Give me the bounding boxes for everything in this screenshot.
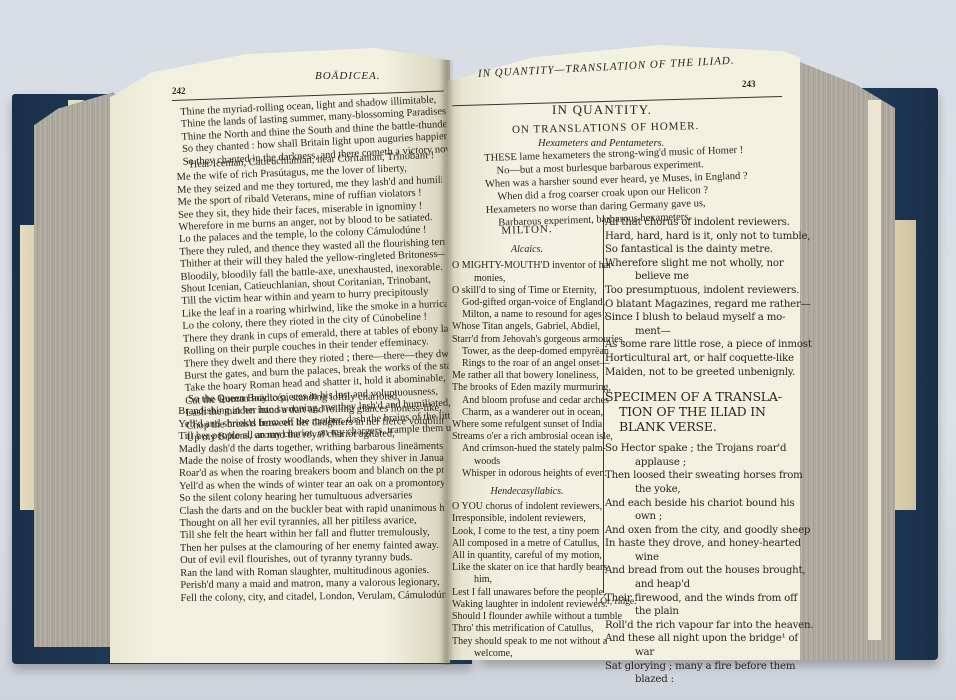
verse-line: Too presumptuous, indolent reviewers.	[605, 284, 790, 298]
verse-line: O YOU chorus of indolent reviewers,	[452, 501, 602, 513]
verse-line: Starr'd from Jehovah's gorgeous armourie…	[452, 334, 602, 346]
verse-line: Tower, as the deep-domed empyrëan	[452, 346, 602, 358]
footnote: ¹ Or, ridge.	[595, 597, 637, 607]
specimen-heading: SPECIMEN OF A TRANSLA-TION OF THE ILIAD …	[605, 389, 790, 434]
verse-line: O skill'd to sing of Time or Eternity,	[452, 285, 602, 297]
verse-line: the plain	[605, 605, 790, 619]
verse-line: blazed :	[605, 673, 790, 687]
hendecasyllabics-verse-b: All that chorus of indolent reviewers.Ha…	[605, 216, 790, 379]
verse-line: the yoke,	[605, 483, 790, 497]
verse-line: And bloom profuse and cedar arches	[452, 395, 602, 407]
verse-line: Charm, as a wanderer out in ocean,	[452, 407, 602, 419]
verse-line: Since I blush to belaud myself a mo-	[605, 311, 790, 325]
verse-line: As some rare little rose, a piece of inm…	[605, 338, 790, 352]
heading-line: BLANK VERSE.	[605, 419, 790, 434]
column-divider	[603, 215, 604, 593]
section-title: IN QUANTITY.	[552, 102, 652, 118]
hendecasyllabics-verse-a: O YOU chorus of indolent reviewers,Irres…	[452, 501, 602, 660]
verse-line: Rings to the roar of an angel onset—	[452, 358, 602, 370]
verse-line: Look, I come to the test, a tiny poem	[452, 526, 602, 538]
verse-line: war	[605, 646, 790, 660]
verse-line: ment—	[605, 325, 790, 339]
verse-line: And each beside his chariot bound his	[605, 497, 790, 511]
verse-line: believe me	[605, 270, 790, 284]
book-photo: BOÄDICEA. 242 Thine the myriad-rolling o…	[0, 0, 956, 700]
verse-line: Wherefore slight me not wholly, nor	[605, 257, 790, 271]
verse-line: woods	[452, 456, 602, 468]
verse-line: Should I flounder awhile without a tumbl…	[452, 611, 602, 623]
right-column: All that chorus of indolent reviewers.Ha…	[605, 216, 790, 687]
page-number: 242	[172, 86, 186, 96]
heading-line: SPECIMEN OF A TRANSLA-	[605, 389, 790, 404]
page-number: 243	[742, 79, 756, 89]
verse-line: Like the skater on ice that hardly bears	[452, 562, 602, 574]
verse-line: The brooks of Eden mazily murmuring,	[452, 382, 602, 394]
verse-line: monies,	[452, 273, 602, 285]
verse-line: Maiden, not to be greeted unbenignly.	[605, 366, 790, 380]
verse-line: Me rather all that bowery loneliness,	[452, 370, 602, 382]
verse-line: O blatant Magazines, regard me rather—	[605, 298, 790, 312]
verse-line: Sat glorying ; many a fire before them	[605, 660, 790, 674]
verse-line: And these all night upon the bridge¹ of	[605, 632, 790, 646]
alcaics-verse: O MIGHTY-MOUTH'D inventor of har-monies,…	[452, 260, 602, 480]
running-head: BOÄDICEA.	[315, 70, 381, 82]
verse-line: God-gifted organ-voice of England,	[452, 297, 602, 309]
verse-line: Waking laughter in indolent reviewers.	[452, 599, 602, 611]
verse-line: wine	[605, 551, 790, 565]
verse-line: And oxen from the city, and goodly sheep	[605, 524, 790, 538]
verse-line: Whose Titan angels, Gabriel, Abdiel,	[452, 321, 602, 333]
page-edge	[868, 100, 882, 640]
alcaics-heading: Alcaics.	[452, 244, 602, 256]
page-stack-left	[34, 92, 114, 647]
verse-line: So Hector spake ; the Trojans roar'd	[605, 442, 790, 456]
verse-line: Where some refulgent sunset of India	[452, 419, 602, 431]
verse-line: Roll'd the rich vapour far into the heav…	[605, 619, 790, 633]
verse-line: applause ;	[605, 456, 790, 470]
verse-line: Milton, a name to resound for ages ;	[452, 309, 602, 321]
left-column: MILTON. Alcaics. O MIGHTY-MOUTH'D invent…	[452, 224, 602, 660]
verse-line: In haste they drove, and honey-hearted	[605, 537, 790, 551]
verse-line: own ;	[605, 510, 790, 524]
verse-line: Lest I fall unawares before the people,	[452, 587, 602, 599]
verse-line: O MIGHTY-MOUTH'D inventor of har-	[452, 260, 602, 272]
heading-line: TION OF THE ILIAD IN	[605, 404, 790, 419]
verse-line: They should speak to me not without a	[452, 636, 602, 648]
verse-line: Streams o'er a rich ambrosial ocean isle…	[452, 431, 602, 443]
verse-line: All that chorus of indolent reviewers.	[605, 216, 790, 230]
verse-line: So fantastical is the dainty metre.	[605, 243, 790, 257]
verse-line: him,	[452, 574, 602, 586]
verse-line: And bread from out the houses brought,	[605, 564, 790, 578]
verse-line: All in quantity, careful of my motion,	[452, 550, 602, 562]
iliad-verse: So Hector spake ; the Trojans roar'dappl…	[605, 442, 790, 687]
verse-line: and heap'd	[605, 578, 790, 592]
verse-line: And crimson-hued the stately palm-	[452, 443, 602, 455]
hendecasyllabics-heading: Hendecasyllabics.	[452, 486, 602, 498]
verse-line: Horticultural art, or half coquette-like	[605, 352, 790, 366]
verse-line: Then loosed their sweating horses from	[605, 469, 790, 483]
verse-line: Thro' this metrification of Catullus,	[452, 623, 602, 635]
poem-stanza: So the Queen Boädicéa, standing loftily …	[178, 391, 446, 605]
verse-line: Irresponsible, indolent reviewers,	[452, 513, 602, 525]
verse-line: Hard, hard, hard is it, only not to tumb…	[605, 230, 790, 244]
milton-heading: MILTON.	[452, 221, 602, 238]
verse-line: All composed in a metre of Catullus,	[452, 538, 602, 550]
verse-line: welcome,	[452, 648, 602, 660]
verse-line: Whisper in odorous heights of even.	[452, 468, 602, 480]
